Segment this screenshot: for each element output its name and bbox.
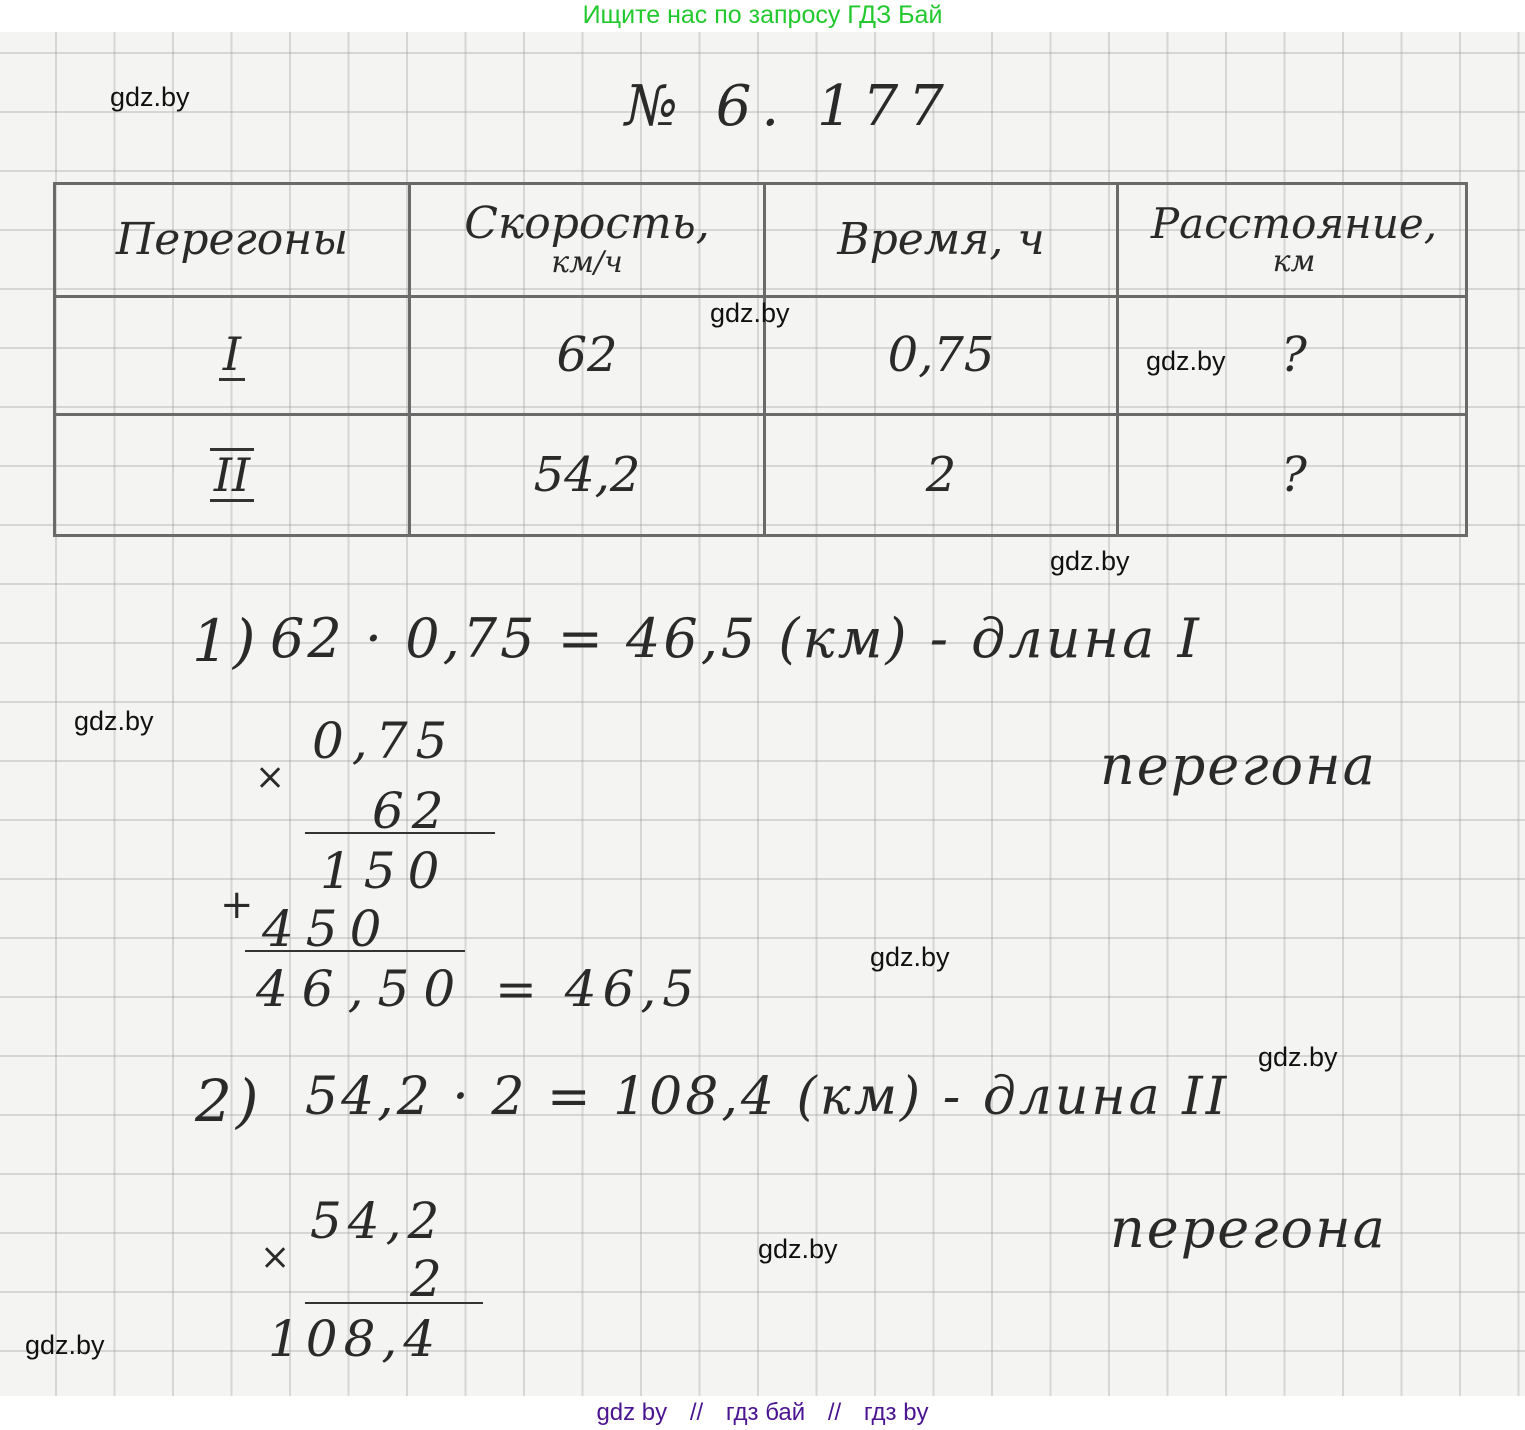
header-speed-unit: км/ч [551, 247, 623, 279]
bottom-banner-link[interactable]: гдз by [864, 1399, 929, 1426]
col1-result-simplified: = 46,5 [495, 960, 700, 1018]
watermark: gdz.by [110, 82, 190, 113]
watermark: gdz.by [74, 706, 154, 737]
header-distance-label: Расстояние, [1151, 202, 1437, 246]
header-speed-label: Скорость, [464, 201, 709, 247]
col1-factor1: 0,75 [312, 712, 455, 770]
bottom-banner: gdz by // гдз бай // гдз by [0, 1396, 1525, 1430]
row-2-time: 2 [766, 416, 1116, 534]
col2-result: 108,4 [268, 1310, 441, 1368]
step-1-expression: 62 · 0,75 = 46,5 (км) - длина I [270, 607, 1202, 670]
header-distance-unit: км [1273, 246, 1316, 278]
step-2-label: 2) [195, 1067, 263, 1135]
col2-rule [305, 1302, 483, 1304]
watermark: gdz.by [1258, 1042, 1338, 1073]
col1-add-sign: + [220, 882, 258, 928]
col1-rule-1 [305, 832, 495, 834]
header-distance: Расстояние, км [1119, 185, 1469, 295]
bottom-banner-link[interactable]: gdz by [596, 1399, 667, 1426]
problem-number: № 6. 177 [625, 74, 954, 139]
step-1-label: 1) [192, 607, 260, 675]
bottom-banner-link[interactable]: гдз бай [726, 1399, 805, 1426]
step-2-expression: 54,2 · 2 = 108,4 (км) - длина II [305, 1067, 1229, 1127]
bottom-banner-separator: // [828, 1399, 841, 1426]
notebook-page: № 6. 177 Перегоны Скорость, км/ч Время, … [0, 32, 1525, 1396]
col1-rule-2 [245, 950, 465, 952]
step-1-continuation: перегона [1100, 734, 1377, 797]
header-segments: Перегоны [56, 185, 408, 295]
header-time: Время, ч [766, 185, 1116, 295]
row-1-time: 0,75 [766, 298, 1116, 413]
data-table: Перегоны Скорость, км/ч Время, ч Расстоя… [53, 182, 1468, 537]
watermark: gdz.by [1146, 346, 1226, 377]
header-time-label: Время, ч [837, 217, 1045, 263]
watermark: gdz.by [710, 298, 790, 329]
header-speed: Скорость, км/ч [411, 185, 763, 295]
row-2-speed: 54,2 [411, 416, 763, 534]
col2-factor2: 2 [410, 1250, 446, 1308]
col2-mul-sign: × [260, 1237, 294, 1278]
watermark: gdz.by [25, 1330, 105, 1361]
col1-mul-sign: × [255, 757, 289, 798]
col1-result: 46,50 [256, 960, 469, 1018]
watermark: gdz.by [870, 942, 950, 973]
step-2-continuation: перегона [1110, 1197, 1387, 1260]
header-segments-label: Перегоны [116, 217, 348, 263]
bottom-banner-separator: // [690, 1399, 703, 1426]
col2-factor1: 54,2 [310, 1192, 445, 1250]
row-2-distance: ? [1119, 416, 1469, 534]
watermark: gdz.by [758, 1234, 838, 1265]
watermark: gdz.by [1050, 546, 1130, 577]
row-2-segment: II [56, 416, 408, 534]
row-1-segment: I [56, 298, 408, 413]
col1-partial1: 150 [320, 842, 451, 900]
top-banner: Ищите нас по запросу ГДЗ Бай [0, 0, 1525, 32]
